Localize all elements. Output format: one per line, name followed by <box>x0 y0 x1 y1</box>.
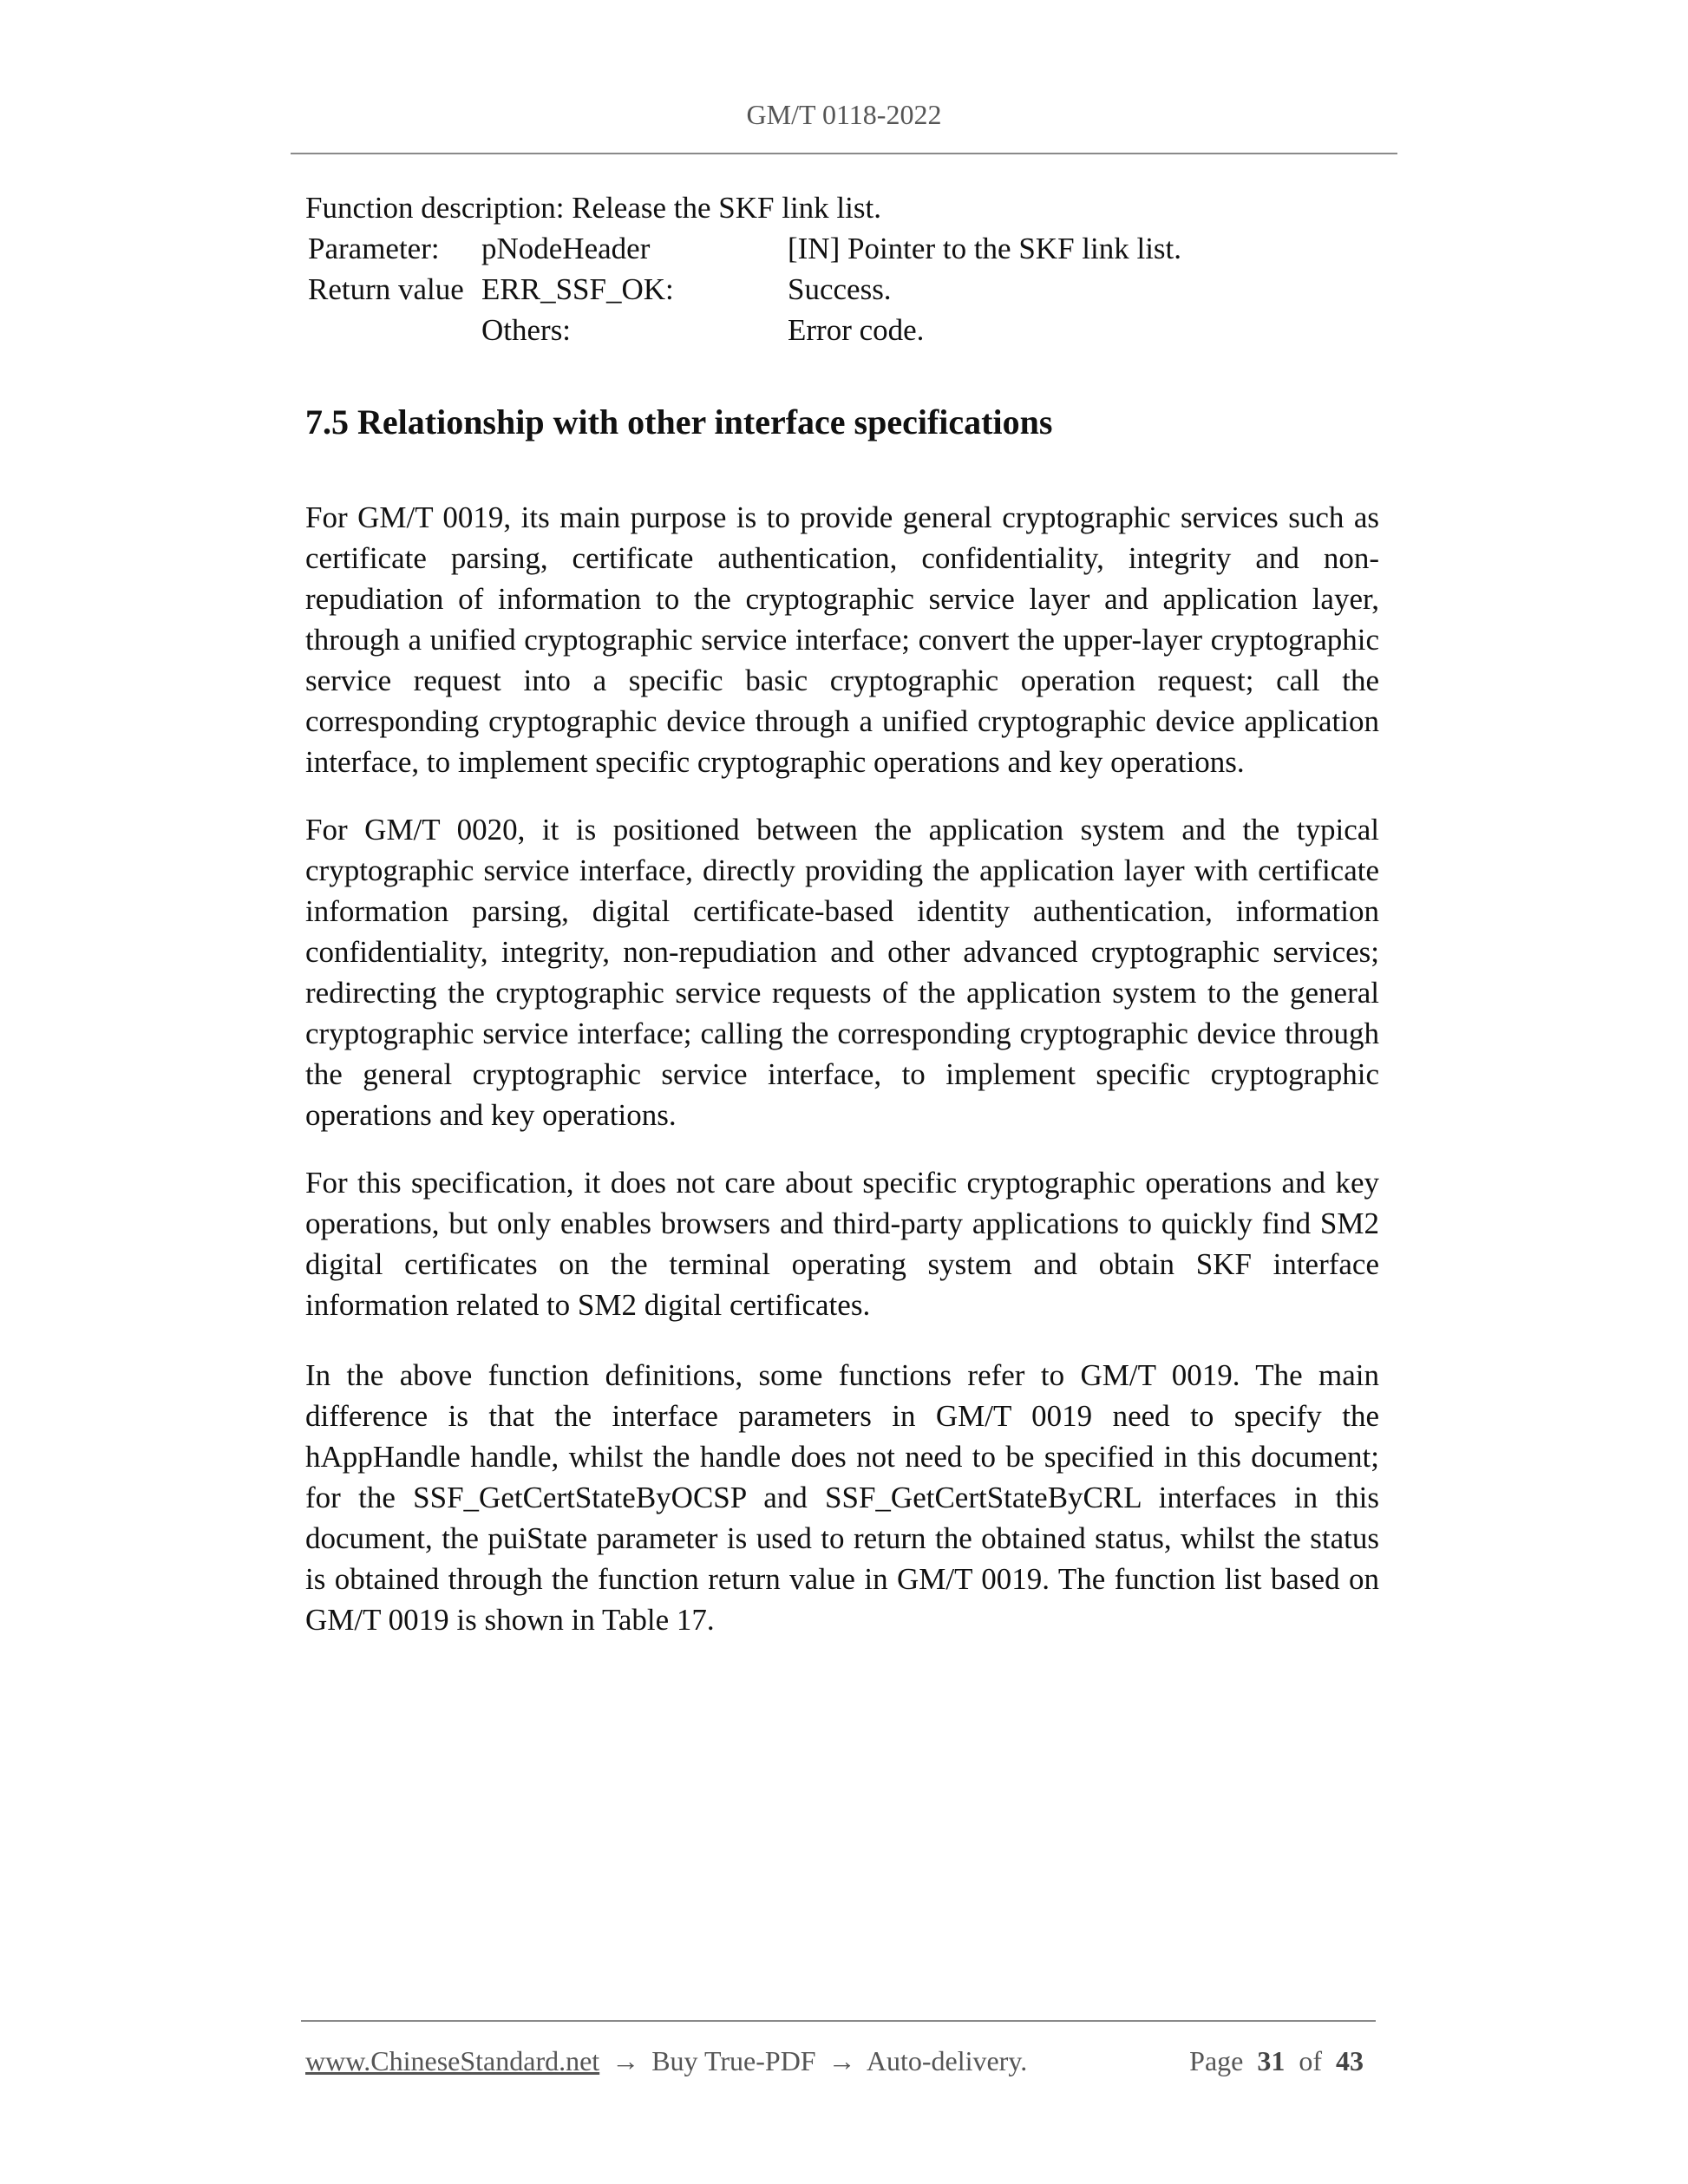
header-divider <box>291 153 1397 154</box>
row-name: pNodeHeader <box>481 228 788 269</box>
return-value-row: Others: Error code. <box>308 310 1181 350</box>
row-desc: Success. <box>788 269 892 310</box>
row-label <box>308 310 481 350</box>
row-name: Others: <box>481 310 788 350</box>
row-name: ERR_SSF_OK: <box>481 269 788 310</box>
footer-divider <box>301 2020 1376 2022</box>
parameter-row: Parameter: pNodeHeader [IN] Pointer to t… <box>308 228 1181 269</box>
return-value-row: Return value ERR_SSF_OK: Success. <box>308 269 1181 310</box>
parameter-table: Parameter: pNodeHeader [IN] Pointer to t… <box>308 228 1181 350</box>
website-link[interactable]: www.ChineseStandard.net <box>305 2045 599 2076</box>
page-number: Page 31 of 43 <box>1189 2045 1371 2077</box>
page-total: 43 <box>1336 2045 1364 2076</box>
arrow-right-icon: → <box>828 2045 856 2076</box>
buy-text: Buy True-PDF <box>651 2045 815 2076</box>
section-heading: 7.5 Relationship with other interface sp… <box>305 402 1052 442</box>
page-current: 31 <box>1257 2045 1285 2076</box>
document-header-title: GM/T 0118-2022 <box>0 99 1688 131</box>
row-label: Parameter: <box>308 228 481 269</box>
row-desc: Error code. <box>788 310 924 350</box>
footer-promo: www.ChineseStandard.net → Buy True-PDF →… <box>305 2045 1027 2077</box>
row-label: Return value <box>308 269 481 310</box>
paragraph: In the above function definitions, some … <box>305 1355 1379 1640</box>
paragraph: For GM/T 0020, it is positioned between … <box>305 809 1379 1135</box>
paragraph: For this specification, it does not care… <box>305 1162 1379 1325</box>
page-label: Page <box>1189 2045 1243 2076</box>
page-footer: www.ChineseStandard.net → Buy True-PDF →… <box>305 2045 1371 2077</box>
paragraph: For GM/T 0019, its main purpose is to pr… <box>305 497 1379 782</box>
arrow-right-icon: → <box>612 2045 639 2076</box>
row-desc: [IN] Pointer to the SKF link list. <box>788 228 1181 269</box>
function-description: Function description: Release the SKF li… <box>305 187 881 228</box>
delivery-text: Auto-delivery. <box>867 2045 1027 2076</box>
page-of: of <box>1299 2045 1322 2076</box>
